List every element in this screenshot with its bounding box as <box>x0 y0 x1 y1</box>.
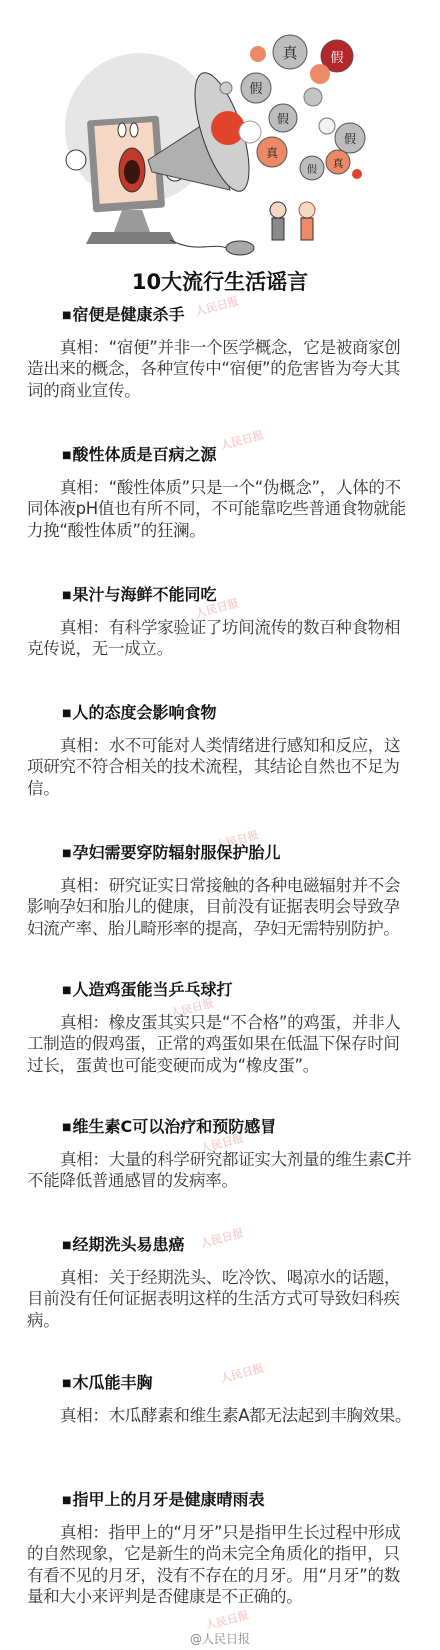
svg-text:真: 真 <box>266 145 279 160</box>
square-bullet-icon: ■ <box>62 1495 71 1506</box>
rumor-section-10: ■指甲上的月牙是健康晴雨表 真相：指甲上的“月牙”只是指甲生长过程中形成的自然现… <box>27 1489 412 1607</box>
square-bullet-icon: ■ <box>62 848 71 859</box>
rumor-section-4: ■人的态度会影响食物 真相：水不可能对人类情绪进行感知和反应，这项研究不符合相关… <box>27 702 412 799</box>
rumor-heading: ■维生素C可以治疗和预防感冒 <box>27 1116 412 1138</box>
rumor-heading: ■酸性体质是百病之源 <box>27 444 412 466</box>
square-bullet-icon: ■ <box>62 590 71 601</box>
rumor-section-6: ■人造鸡蛋能当乒乓球打 真相：橡皮蛋其实只是“不合格”的鸡蛋，并非人工制造的假鸡… <box>27 979 412 1076</box>
rumor-section-3: ■果汁与海鲜不能同吃 真相：有科学家验证了坊间流传的数百种食物相克传说，无一成立… <box>27 584 412 660</box>
rumor-section-2: ■酸性体质是百病之源 真相：“酸性体质”只是一个“伪概念”，人体的不同体液pH值… <box>27 444 412 541</box>
rumor-heading-text: 人的态度会影响食物 <box>72 703 216 722</box>
svg-text:真: 真 <box>333 156 345 170</box>
truth-text: 真相：指甲上的“月牙”只是指甲生长过程中形成的自然现象，它是新生的尚未完全角质化… <box>27 1522 412 1607</box>
square-bullet-icon: ■ <box>62 708 71 719</box>
truth-text: 真相：“酸性体质”只是一个“伪概念”，人体的不同体液pH值也有所不同，不可能靠吃… <box>27 477 412 541</box>
page-title: 10大流行生活谣言 <box>0 266 440 296</box>
rumor-section-9: ■木瓜能丰胸 真相：木瓜酵素和维生素A都无法起到丰胸效果。 <box>27 1372 412 1426</box>
rumor-heading-text: 指甲上的月牙是健康晴雨表 <box>72 1490 264 1509</box>
square-bullet-icon: ■ <box>62 1240 71 1251</box>
truth-text: 真相：橡皮蛋其实只是“不合格”的鸡蛋，并非人工制造的假鸡蛋，正常的鸡蛋如果在低温… <box>27 1012 412 1076</box>
rumor-section-5: ■孕妇需要穿防辐射服保护胎儿 真相：研究证实日常接触的各种电磁辐射并不会影响孕妇… <box>27 842 412 939</box>
truth-text: 真相：研究证实日常接触的各种电磁辐射并不会影响孕妇和胎儿的健康，目前没有证据表明… <box>27 875 412 939</box>
rumor-heading-text: 人造鸡蛋能当乒乓球打 <box>72 980 232 999</box>
square-bullet-icon: ■ <box>62 985 71 996</box>
truth-text: 真相：关于经期洗头、吃冷饮、喝凉水的话题，目前没有任何证据表明这样的生活方式可导… <box>27 1267 412 1331</box>
square-bullet-icon: ■ <box>62 450 71 461</box>
truth-text: 真相：木瓜酵素和维生素A都无法起到丰胸效果。 <box>27 1405 412 1426</box>
rumor-heading: ■人造鸡蛋能当乒乓球打 <box>27 979 412 1001</box>
rumor-heading-text: 果汁与海鲜不能同吃 <box>72 585 216 604</box>
rumor-heading-text: 经期洗头易患癌 <box>72 1235 184 1254</box>
rumor-heading-text: 宿便是健康杀手 <box>72 305 184 324</box>
square-bullet-icon: ■ <box>62 310 71 321</box>
svg-text:假: 假 <box>330 51 343 66</box>
rumor-heading: ■经期洗头易患癌 <box>27 1234 412 1256</box>
rumor-heading: ■果汁与海鲜不能同吃 <box>27 584 412 606</box>
rumor-heading-text: 维生素C可以治疗和预防感冒 <box>72 1117 276 1136</box>
svg-text:假: 假 <box>307 164 317 176</box>
rumor-heading: ■木瓜能丰胸 <box>27 1372 412 1394</box>
rumor-heading: ■宿便是健康杀手 <box>27 304 412 326</box>
square-bullet-icon: ■ <box>62 1122 71 1133</box>
truth-text: 真相：水不可能对人类情绪进行感知和反应，这项研究不符合相关的技术流程，其结论自然… <box>27 735 412 799</box>
square-bullet-icon: ■ <box>62 1378 71 1389</box>
rumor-heading: ■孕妇需要穿防辐射服保护胎儿 <box>27 842 412 864</box>
truth-text: 真相：大量的科学研究都证实大剂量的维生素C并不能降低普通感冒的发病率。 <box>27 1149 412 1192</box>
svg-text:真: 真 <box>282 44 298 62</box>
rumor-heading-text: 木瓜能丰胸 <box>72 1373 152 1392</box>
rumor-heading: ■指甲上的月牙是健康晴雨表 <box>27 1489 412 1511</box>
rumor-section-8: ■经期洗头易患癌 真相：关于经期洗头、吃冷饮、喝凉水的话题，目前没有任何证据表明… <box>27 1234 412 1331</box>
truth-text: 真相：“宿便”并非一个医学概念，它是被商家创造出来的概念，各种宣传中“宿便”的危… <box>27 337 412 401</box>
rumor-section-1: ■宿便是健康杀手 真相：“宿便”并非一个医学概念，它是被商家创造出来的概念，各种… <box>27 304 412 401</box>
rumor-section-7: ■维生素C可以治疗和预防感冒 真相：大量的科学研究都证实大剂量的维生素C并不能降… <box>27 1116 412 1192</box>
truth-text: 真相：有科学家验证了坊间流传的数百种食物相克传说，无一成立。 <box>27 617 412 660</box>
rumor-heading-text: 孕妇需要穿防辐射服保护胎儿 <box>72 843 280 862</box>
rumor-heading-text: 酸性体质是百病之源 <box>72 445 216 464</box>
svg-text:假: 假 <box>249 82 262 97</box>
rumor-heading: ■人的态度会影响食物 <box>27 702 412 724</box>
svg-text:假: 假 <box>344 132 356 146</box>
megaphone-rumor-illustration: 真 假 假 假 假 真 真 假 <box>0 0 440 258</box>
source-credit: @人民日报 <box>0 1630 440 1647</box>
svg-text:假: 假 <box>277 112 289 126</box>
